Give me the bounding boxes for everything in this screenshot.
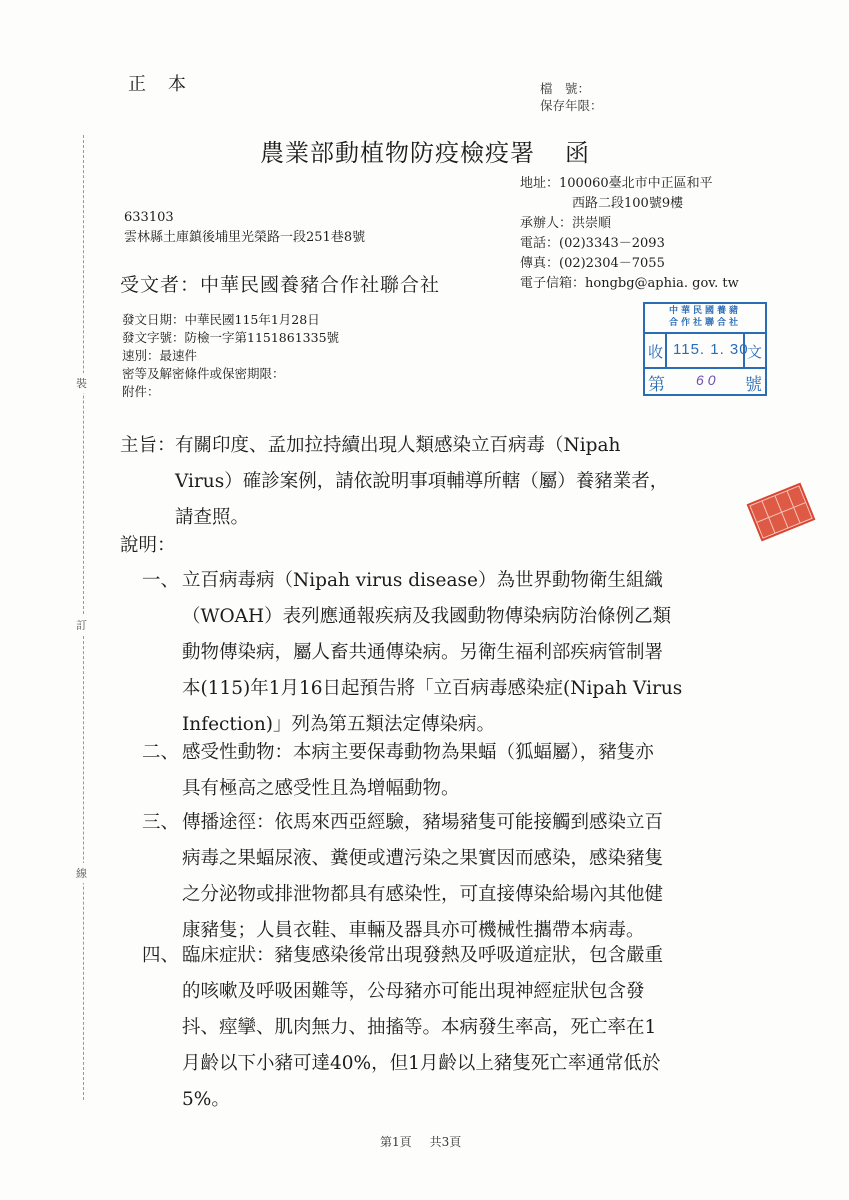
stamp-divider xyxy=(743,333,745,367)
item-line: 月齡以下小豬可達40%，但1月齡以上豬隻死亡率通常低於 xyxy=(182,1046,660,1082)
stamp-left-char: 收 xyxy=(648,341,663,362)
red-seal-icon xyxy=(747,483,816,542)
secrecy: 密等及解密條件或保密期限： xyxy=(122,365,339,383)
postal-code: 633103 xyxy=(124,208,365,228)
item-line: （WOAH）表列應通報疾病及我國動物傳染病防治條例乙類 xyxy=(182,599,671,635)
item-line: 臨床症狀：豬隻感染後常出現發熱及呼吸道症狀，包含嚴重 xyxy=(182,938,663,974)
sender-address-line1: 地址：100060臺北市中正區和平 xyxy=(520,174,739,194)
subject-label: 主旨： xyxy=(120,428,176,464)
item-line: 的咳嗽及呼吸困難等，公母豬亦可能出現神經症狀包含發 xyxy=(182,974,645,1010)
agency-name: 農業部動植物防疫檢疫署 xyxy=(260,139,535,167)
total-pages: 共3頁 xyxy=(430,1135,462,1149)
current-page: 第1頁 xyxy=(380,1135,412,1149)
received-stamp: 中華民國養豬 合作社聯合社 收 115. 1. 30 文 第 60 號 xyxy=(643,302,767,396)
item-number: 二、 xyxy=(142,735,179,771)
stamp-prefix: 第 xyxy=(648,375,665,395)
attachment: 附件： xyxy=(122,383,339,401)
doc-type: 函 xyxy=(565,139,590,167)
recipient-address: 633103 雲林縣土庫鎮後埔里光榮路一段251巷8號 xyxy=(124,208,365,248)
stamp-org-row1: 中華民國養豬 xyxy=(645,305,765,317)
speed: 速別：最速件 xyxy=(122,347,339,365)
binding-mark-ding: 訂 xyxy=(76,615,87,635)
sender-info: 地址：100060臺北市中正區和平 西路二段100號9樓 承辦人：洪崇順 電話：… xyxy=(520,174,739,294)
item-number: 四、 xyxy=(142,938,179,974)
stamp-right-char: 文 xyxy=(747,341,762,362)
subject-line: Virus）確診案例，請依說明事項輔導所轄（屬）養豬業者， xyxy=(175,464,668,500)
stamp-org: 中華民國養豬 合作社聯合社 xyxy=(645,304,765,334)
item-line: 病毒之果蝠尿液、糞便或遭污染之果實因而感染，感染豬隻 xyxy=(182,841,663,877)
sender-email: 電子信箱：hongbg@aphia. gov. tw xyxy=(520,274,739,294)
stamp-org-row2: 合作社聯合社 xyxy=(645,317,765,329)
doc-meta: 發文日期：中華民國115年1月28日 發文字號：防檢一字第1151861335號… xyxy=(122,311,339,401)
sender-contact: 承辦人：洪崇順 xyxy=(520,214,739,234)
item-line: 傳播途徑：依馬來西亞經驗，豬場豬隻可能接觸到感染立百 xyxy=(182,805,663,841)
binding-mark-zhuang: 裝 xyxy=(76,373,87,393)
sender-address-line2: 西路二段100號9樓 xyxy=(520,194,739,214)
item-line: 抖、痙攣、肌肉無力、抽搐等。本病發生率高，死亡率在1 xyxy=(182,1010,656,1046)
item-number: 一、 xyxy=(142,563,179,599)
file-number-label: 檔 號： xyxy=(540,80,603,97)
subject-line: 有關印度、孟加拉持續出現人類感染立百病毒（Nipah xyxy=(175,428,620,464)
sender-phone: 電話：(02)3343－2093 xyxy=(520,234,739,254)
binding-mark-xian: 線 xyxy=(76,863,87,883)
copy-mark: 正本 xyxy=(128,70,208,96)
sender-fax: 傳真：(02)2304－7055 xyxy=(520,254,739,274)
stamp-suffix: 號 xyxy=(745,370,762,395)
item-line: 5%。 xyxy=(182,1082,230,1118)
recipient-street: 雲林縣土庫鎮後埔里光榮路一段251巷8號 xyxy=(124,228,365,248)
recipient: 受文者：中華民國養豬合作社聯合社 xyxy=(120,270,440,297)
item-line: 之分泌物或排泄物都具有感染性，可直接傳染給場內其他健 xyxy=(182,877,663,913)
item-number: 三、 xyxy=(142,805,179,841)
item-line: 動物傳染病，屬人畜共通傳染病。另衛生福利部疾病管制署 xyxy=(182,635,663,671)
item-line: 本(115)年1月16日起預告將「立百病毒感染症(Nipah Virus xyxy=(182,671,682,707)
retention-label: 保存年限： xyxy=(540,97,603,114)
issue-date: 發文日期：中華民國115年1月28日 xyxy=(122,311,339,329)
page-number: 第1頁共3頁 xyxy=(380,1133,461,1150)
file-meta: 檔 號： 保存年限： xyxy=(540,80,603,114)
stamp-date: 115. 1. 30 xyxy=(673,341,749,358)
subject-line: 請查照。 xyxy=(175,500,249,536)
explanation-label: 說明： xyxy=(120,528,176,564)
item-line: 立百病毒病（Nipah virus disease）為世界動物衛生組織 xyxy=(182,563,663,599)
stamp-divider xyxy=(665,333,667,367)
stamp-date-row: 收 115. 1. 30 文 xyxy=(645,333,765,369)
stamp-number-row: 第 60 號 xyxy=(648,370,762,395)
doc-number: 發文字號：防檢一字第1151861335號 xyxy=(122,329,339,347)
page-title: 農業部動植物防疫檢疫署函 xyxy=(260,133,590,168)
item-line: 感受性動物：本病主要保毒動物為果蝠（狐蝠屬），豬隻亦 xyxy=(182,735,654,771)
stamp-number: 60 xyxy=(696,372,720,388)
item-line: 具有極高之感受性且為增幅動物。 xyxy=(182,771,460,807)
